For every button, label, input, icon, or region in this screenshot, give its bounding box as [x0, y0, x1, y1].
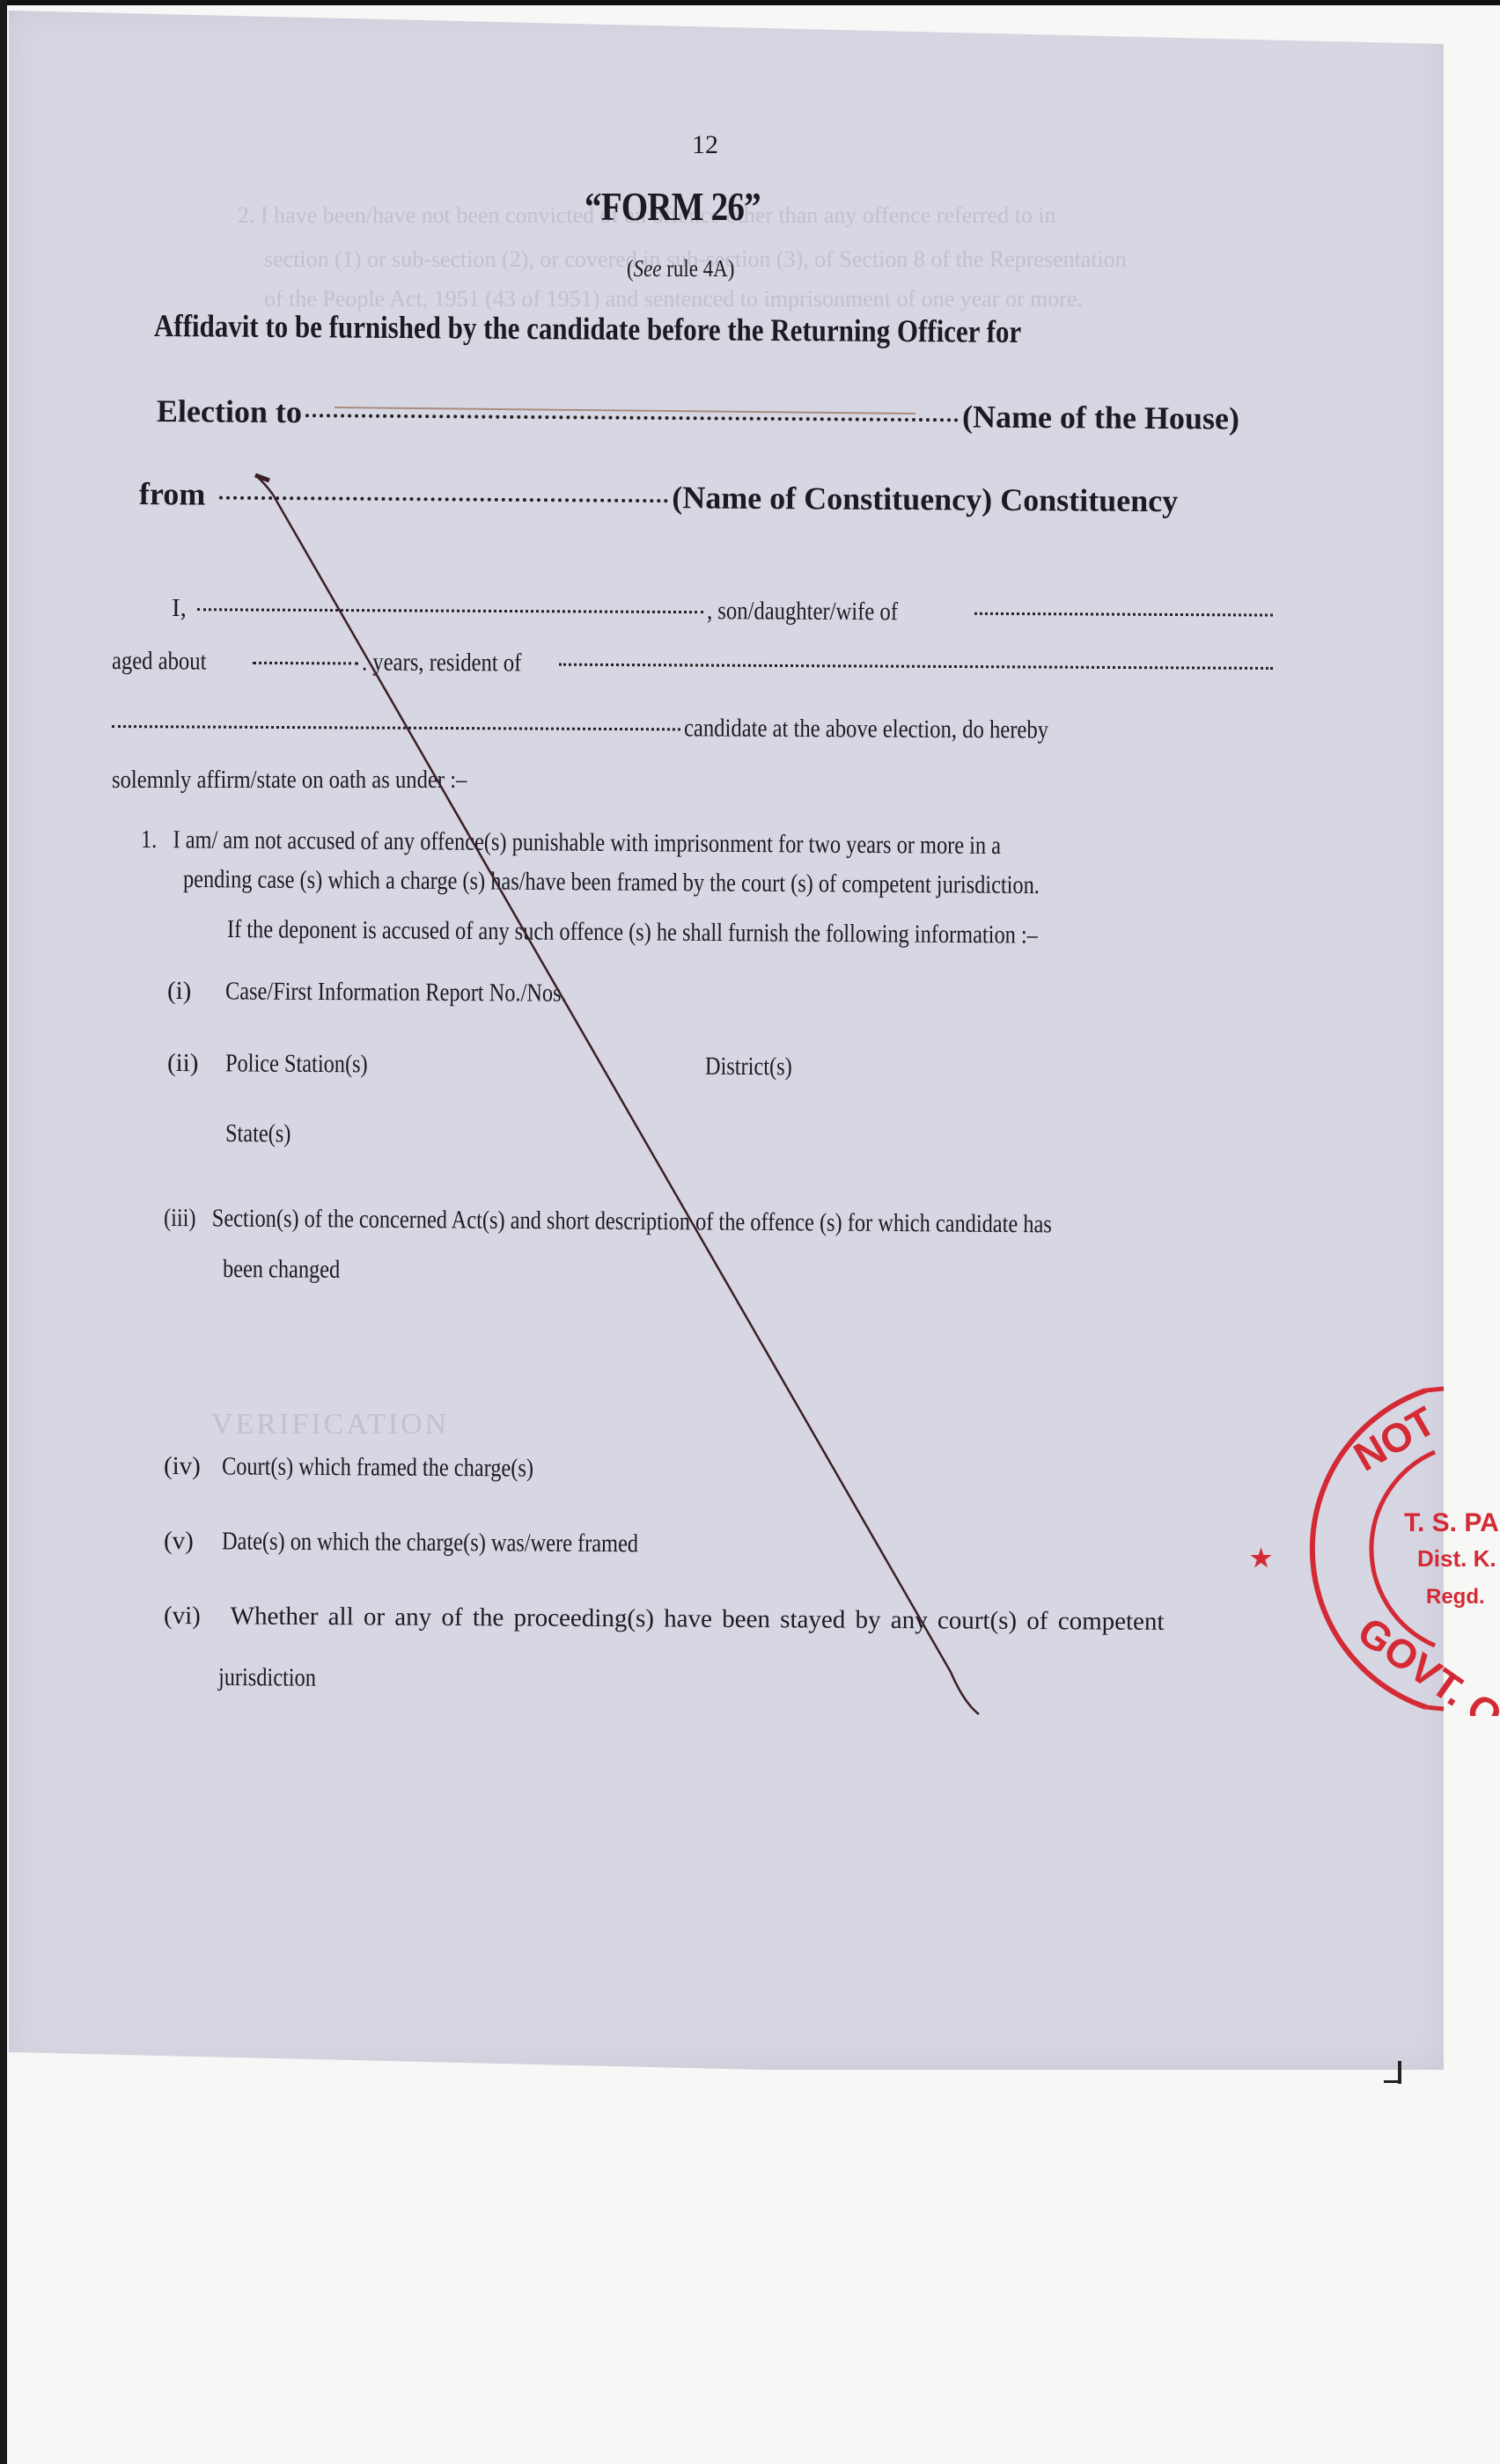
subitem-number: (v) — [164, 1527, 222, 1556]
district-label: District(s) — [705, 1052, 801, 1082]
election-to-label: Election to — [157, 392, 302, 430]
subitem-stayed: (vi) Whether all or any of the proceedin… — [164, 1603, 1165, 1635]
name-of-house-label: (Name of the House) — [962, 398, 1239, 436]
form-title: “FORM 26” — [585, 187, 761, 227]
scan-corner-mark — [1384, 2080, 1398, 2083]
svg-text:NOT: NOT — [1346, 1397, 1443, 1480]
subitem-state[interactable]: State(s) — [225, 1119, 710, 1151]
residence-blank[interactable] — [559, 664, 1273, 670]
constituency-label: (Name of Constituency) Constituency — [672, 479, 1178, 519]
see-rule: (See rule 4A) — [627, 257, 734, 281]
subitem-number: (iii) — [164, 1204, 196, 1232]
bleed-through-text: of the People Act, 1951 (43 of 1951) and… — [264, 286, 1083, 312]
subitem-number: (ii) — [167, 1049, 225, 1078]
deponent-name-blank[interactable] — [197, 608, 703, 613]
subitem-number: (i) — [167, 977, 225, 1006]
scan-corner-mark — [1398, 2061, 1401, 2084]
item-1: 1. I am/ am not accused of any offence(s… — [141, 827, 1001, 859]
deponent-name-row[interactable]: I, , son/daughter/wife of — [172, 594, 1276, 629]
svg-text:★: ★ — [1250, 1544, 1272, 1572]
aged-about-label: aged about — [112, 647, 224, 677]
item-1-line1: I am/ am not accused of any offence(s) p… — [173, 825, 1001, 860]
stayed-label: Whether all or any of the proceeding(s) … — [231, 1602, 1165, 1635]
svg-text:T. S. PA: T. S. PA — [1404, 1508, 1499, 1537]
relation-name-blank[interactable] — [974, 612, 1273, 617]
election-to-blank[interactable] — [305, 414, 959, 422]
if-deponent-text: If the deponent is accused of any such o… — [227, 917, 1038, 949]
svg-text:Dist. K.: Dist. K. — [1417, 1545, 1496, 1572]
item-1-line2: pending case (s) which a charge (s) has/… — [183, 867, 1040, 898]
election-to-field[interactable]: Election to (Name of the House) — [157, 392, 1239, 437]
courts-label: Court(s) which framed the charge(s) — [222, 1452, 577, 1483]
subitem-sections: (iii) Section(s) of the concerned Act(s)… — [164, 1206, 1052, 1237]
state-label: State(s) — [225, 1119, 296, 1148]
notary-stamp: NOT GOVT. O T. S. PA Dist. K. Regd. ★ — [1215, 1382, 1500, 1716]
solemn-affirm-text: solemnly affirm/state on oath as under :… — [112, 767, 467, 793]
subitem-number: (vi) — [164, 1602, 201, 1630]
from-constituency-field[interactable]: from (Name of Constituency) Constituency — [139, 475, 1248, 520]
age-residence-row[interactable]: aged about . years, resident of — [112, 647, 1276, 682]
age-blank[interactable] — [253, 662, 358, 665]
residence-blank-2[interactable] — [112, 725, 680, 730]
been-changed-label: been changed — [223, 1255, 364, 1285]
i-label: I, — [172, 594, 187, 623]
case-fir-label: Case/First Information Report No./Nos. — [225, 977, 592, 1008]
years-resident-label: . years, resident of — [362, 648, 526, 678]
item-1-number: 1. — [141, 825, 157, 854]
page-number: 12 — [692, 132, 718, 158]
svg-text:GOVT. O: GOVT. O — [1349, 1608, 1500, 1716]
from-label: from — [139, 475, 206, 513]
constituency-blank[interactable] — [219, 496, 668, 503]
scan-left-edge — [0, 0, 7, 2464]
dates-label: Date(s) on which the charge(s) was/were … — [222, 1527, 692, 1558]
jurisdiction-label: jurisdiction — [218, 1663, 329, 1693]
bleed-through-text: VERIFICATION — [211, 1408, 449, 1441]
affidavit-heading: Affidavit to be furnished by the candida… — [154, 310, 1021, 348]
subitem-number: (iv) — [164, 1452, 222, 1481]
police-station-label: Police Station(s) — [225, 1049, 377, 1079]
svg-text:Regd.: Regd. — [1426, 1585, 1485, 1609]
police-station-blank[interactable] — [406, 1073, 705, 1074]
relation-label: , son/daughter/wife of — [707, 597, 931, 627]
candidate-row[interactable]: candidate at the above election, do here… — [112, 711, 1133, 745]
candidate-label: candidate at the above election, do here… — [684, 714, 1066, 744]
scan-top-edge — [0, 0, 1500, 5]
